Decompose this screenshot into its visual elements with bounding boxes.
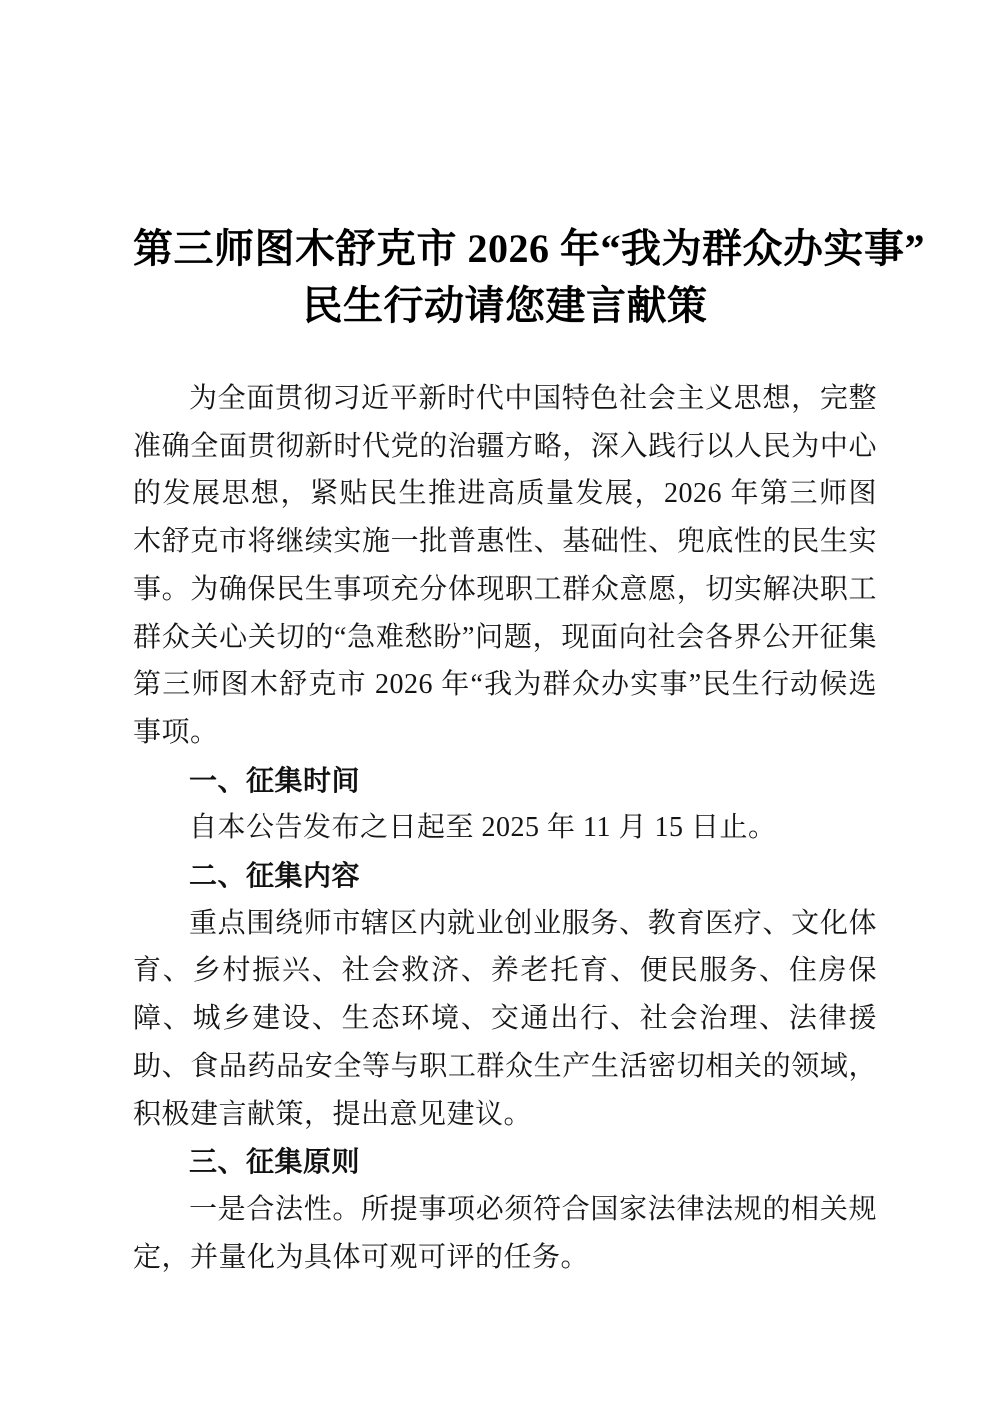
section-heading-collection-content: 二、征集内容	[133, 852, 877, 900]
document-title: 第三师图木舒克市 2026 年“我为群众办实事” 民生行动请您建言献策	[133, 220, 877, 334]
document-title-line-1: 第三师图木舒克市 2026 年“我为群众办实事”	[133, 220, 877, 277]
section-body-collection-content: 重点围绕师市辖区内就业创业服务、教育医疗、文化体育、乡村振兴、社会救济、养老托育…	[133, 900, 877, 1139]
section-heading-collection-principles: 三、征集原则	[133, 1138, 877, 1186]
intro-paragraph: 为全面贯彻习近平新时代中国特色社会主义思想，完整准确全面贯彻新时代党的治疆方略，…	[133, 375, 877, 757]
document-title-line-2: 民生行动请您建言献策	[133, 277, 877, 334]
document-page: 第三师图木舒克市 2026 年“我为群众办实事” 民生行动请您建言献策 为全面贯…	[0, 0, 1000, 1414]
section-heading-collection-time: 一、征集时间	[133, 757, 877, 805]
section-body-collection-principles: 一是合法性。所提事项必须符合国家法律法规的相关规定，并量化为具体可观可评的任务。	[133, 1186, 877, 1281]
section-body-collection-time: 自本公告发布之日起至 2025 年 11 月 15 日止。	[133, 804, 877, 852]
